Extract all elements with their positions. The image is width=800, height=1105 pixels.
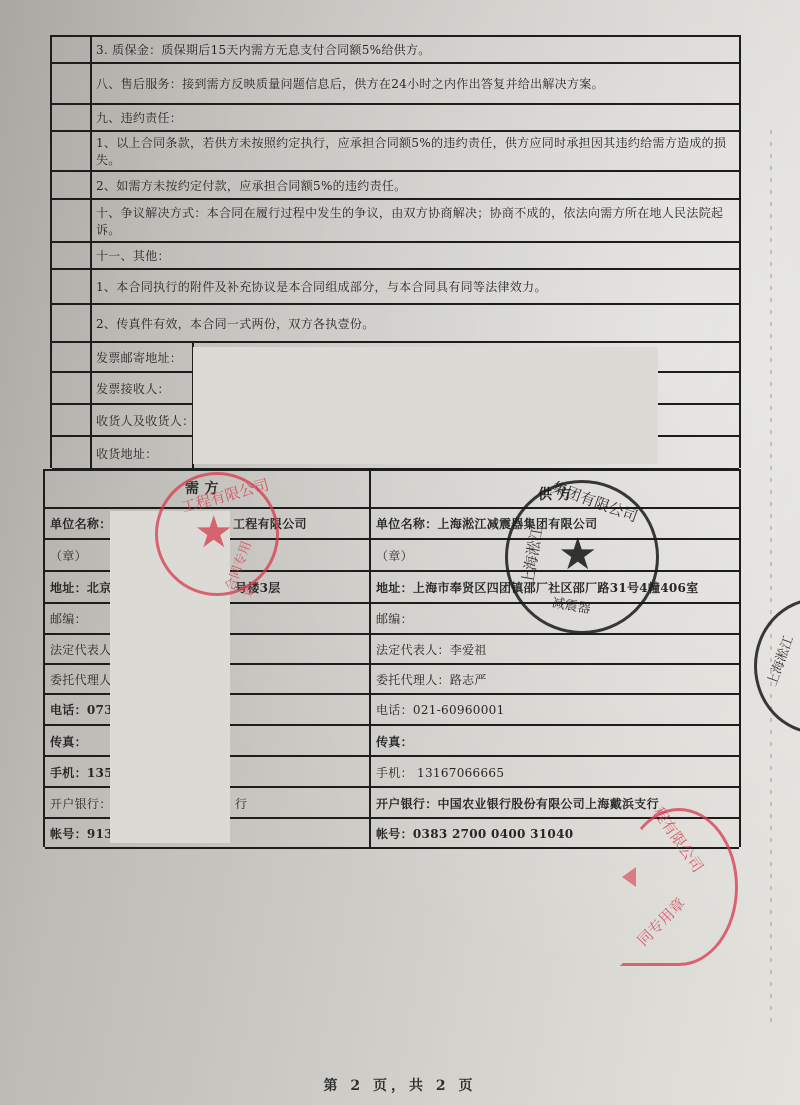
parties-heading-row: 需 方 供 方 <box>45 469 739 507</box>
clause-row: 1、本合同执行的附件及补充协议是本合同组成部分，与本合同具有同等法律效力。 <box>52 268 739 303</box>
clause-row: 3. 质保金：质保期后15天内需方无息支付合同额5%给供方。 <box>52 35 739 62</box>
seller-company: 单位名称：上海淞江减震器集团有限公司 <box>376 516 597 533</box>
buyer-address-suffix: 号楼3层 <box>235 580 281 597</box>
paper-fold-edge <box>770 130 772 1030</box>
buyer-address: 地址：北京 <box>50 580 112 597</box>
clause-after-sales: 八、售后服务：接到需方反映质量问题信息后，供方在24小时之内作出答复并给出解决方… <box>96 76 604 93</box>
seller-postcode: 邮编： <box>376 611 413 628</box>
buyer-postcode: 邮编： <box>50 611 87 628</box>
seller-fax: 传真： <box>376 734 413 751</box>
buyer-company-suffix: 工程有限公司 <box>233 516 307 533</box>
buyer-legal-rep: 法定代表人 <box>50 642 112 659</box>
buyer-bank: 开户银行： <box>50 796 112 813</box>
delivery-address-label: 收货地址： <box>96 446 158 463</box>
seller-account: 帐号：0383 2700 0400 31040 <box>376 826 573 843</box>
clause-row: 十、争议解决方式：本合同在履行过程中发生的争议，由双方协商解决；协商不成的，依法… <box>52 198 739 241</box>
clause-row: 2、传真件有效，本合同一式两份，双方各执壹份。 <box>52 303 739 341</box>
clause-quality-deposit: 3. 质保金：质保期后15天内需方无息支付合同额5%给供方。 <box>96 42 431 59</box>
clause-breach-heading: 九、违约责任： <box>96 110 182 127</box>
clause-row: 十一、其他： <box>52 241 739 268</box>
buyer-fax: 传真： <box>50 734 87 751</box>
seller-mobile: 手机： 13167066665 <box>376 765 504 782</box>
star-fragment-icon <box>622 867 636 887</box>
lower-stamp-bottom: 同专用章 <box>632 893 689 950</box>
consignee-label: 收货人及收货人： <box>96 413 194 430</box>
clause-breach-1: 1、以上合同条款，若供方未按照约定执行，应承担合同额5%的违约责任，供方应同时承… <box>96 135 734 169</box>
invoice-address-label: 发票邮寄地址： <box>96 350 182 367</box>
seller-address: 地址：上海市奉贤区四团镇邵厂社区邵厂路31号4幢406室 <box>376 580 699 597</box>
buyer-seal-label: （章） <box>50 548 87 565</box>
table-bottom-rule <box>45 847 739 849</box>
seller-phone: 电话：021-60960001 <box>376 702 505 719</box>
edge-stamp: 上海淞江 <box>754 598 800 734</box>
invoice-recipient-label: 发票接收人： <box>96 381 170 398</box>
clause-other-2: 2、传真件有效，本合同一式两份，双方各执壹份。 <box>96 316 375 333</box>
seller-legal-rep: 法定代表人：李爱祖 <box>376 642 487 659</box>
clause-breach-2: 2、如需方未按约定付款，应承担合同额5%的违约责任。 <box>96 178 406 195</box>
clause-other-1: 1、本合同执行的附件及补充协议是本合同组成部分，与本合同具有同等法律效力。 <box>96 279 547 296</box>
seller-agent: 委托代理人：路志严 <box>376 672 487 689</box>
clause-row: 1、以上合同条款，若供方未按照约定执行，应承担合同额5%的违约责任，供方应同时承… <box>52 130 739 170</box>
edge-stamp-text: 上海淞江 <box>761 633 797 688</box>
clause-row: 九、违约责任： <box>52 103 739 130</box>
redacted-buyer-details <box>110 511 230 843</box>
clause-row: 八、售后服务：接到需方反映质量问题信息后，供方在24小时之内作出答复并给出解决方… <box>52 62 739 103</box>
seller-bank: 开户银行：中国农业银行股份有限公司上海戴浜支行 <box>376 796 659 813</box>
seller-seal-label: （章） <box>376 548 413 565</box>
seller-heading: 供 方 <box>538 487 572 504</box>
buyer-bank-suffix: 行 <box>235 796 247 813</box>
buyer-company: 单位名称： <box>50 516 112 533</box>
clause-row: 2、如需方未按约定付款，应承担合同额5%的违约责任。 <box>52 170 739 198</box>
clause-other-heading: 十一、其他： <box>96 248 170 265</box>
contract-clauses-table: 3. 质保金：质保期后15天内需方无息支付合同额5%给供方。 八、售后服务：接到… <box>50 35 741 341</box>
clause-dispute: 十、争议解决方式：本合同在履行过程中发生的争议，由双方协商解决；协商不成的，依法… <box>96 205 736 239</box>
page-number: 第 2 页，共 2 页 <box>0 1075 800 1095</box>
redacted-delivery-info <box>193 347 658 464</box>
buyer-heading: 需 方 <box>185 481 219 498</box>
buyer-agent: 委托代理人 <box>50 672 112 689</box>
